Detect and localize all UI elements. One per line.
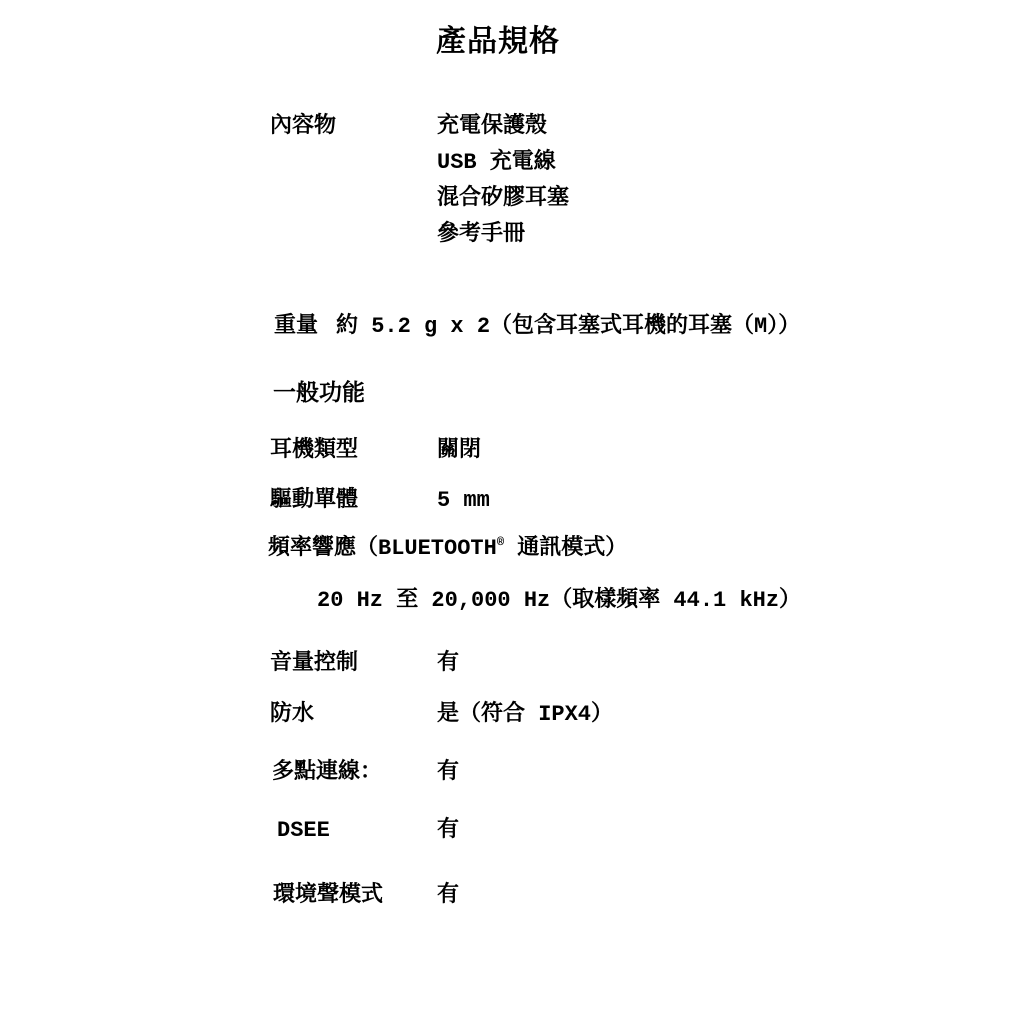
spec-value-water-resistance: 是（符合 IPX4） bbox=[437, 701, 613, 729]
spec-label-multipoint: 多點連線： bbox=[272, 759, 437, 787]
spec-value-volume-control: 有 bbox=[437, 650, 459, 678]
spec-value-headphone-type: 關閉 bbox=[437, 437, 481, 465]
spec-row-ambient-sound: 環境聲模式 有 bbox=[273, 882, 459, 910]
spec-label-ambient-sound: 環境聲模式 bbox=[273, 882, 437, 910]
spec-row-dsee: DSEE 有 bbox=[277, 817, 459, 845]
spec-row-contents: 內容物 充電保護殼 USB 充電線 混合矽膠耳塞 參考手冊 bbox=[270, 109, 569, 253]
spec-value-contents-list: 充電保護殼 USB 充電線 混合矽膠耳塞 參考手冊 bbox=[437, 109, 569, 253]
contents-item: 充電保護殼 bbox=[437, 109, 569, 145]
spec-value-weight: 約 5.2 g x 2（包含耳塞式耳機的耳塞（M）） bbox=[336, 313, 800, 341]
spec-row-driver-unit: 驅動單體 5 mm bbox=[270, 487, 490, 515]
spec-label-frequency-response: 頻率響應（BLUETOOTH® 通訊模式） bbox=[268, 535, 627, 563]
spec-label-volume-control: 音量控制 bbox=[270, 650, 437, 678]
contents-item: 混合矽膠耳塞 bbox=[437, 181, 569, 217]
frequency-label-prefix: 頻率響應（BLUETOOTH bbox=[268, 536, 497, 561]
spec-document-page: 產品規格 內容物 充電保護殼 USB 充電線 混合矽膠耳塞 參考手冊 重量 約 … bbox=[0, 0, 1024, 1024]
spec-label-water-resistance: 防水 bbox=[270, 701, 437, 729]
spec-label-driver-unit: 驅動單體 bbox=[270, 487, 437, 515]
spec-row-volume-control: 音量控制 有 bbox=[270, 650, 459, 678]
spec-value-multipoint: 有 bbox=[437, 759, 459, 787]
spec-row-water-resistance: 防水 是（符合 IPX4） bbox=[270, 701, 613, 729]
spec-label-dsee: DSEE bbox=[277, 817, 437, 845]
section-heading-general: 一般功能 bbox=[273, 380, 365, 408]
contents-item: USB 充電線 bbox=[437, 145, 569, 181]
spec-row-headphone-type: 耳機類型 關閉 bbox=[270, 437, 481, 465]
spec-value-driver-unit: 5 mm bbox=[437, 487, 490, 515]
page-title: 產品規格 bbox=[436, 27, 560, 61]
spec-value-frequency-response: 20 Hz 至 20,000 Hz（取樣頻率 44.1 kHz） bbox=[317, 587, 801, 615]
registered-trademark-symbol: ® bbox=[497, 536, 504, 550]
contents-item: 參考手冊 bbox=[437, 217, 569, 253]
spec-label-weight: 重量 bbox=[274, 313, 318, 341]
frequency-label-suffix: 通訊模式） bbox=[504, 536, 627, 561]
spec-value-dsee: 有 bbox=[437, 817, 459, 845]
spec-label-headphone-type: 耳機類型 bbox=[270, 437, 437, 465]
spec-row-multipoint: 多點連線： 有 bbox=[272, 759, 459, 787]
spec-label-contents: 內容物 bbox=[270, 113, 437, 141]
spec-value-ambient-sound: 有 bbox=[437, 882, 459, 910]
spec-row-weight: 重量 約 5.2 g x 2（包含耳塞式耳機的耳塞（M）） bbox=[274, 313, 800, 341]
